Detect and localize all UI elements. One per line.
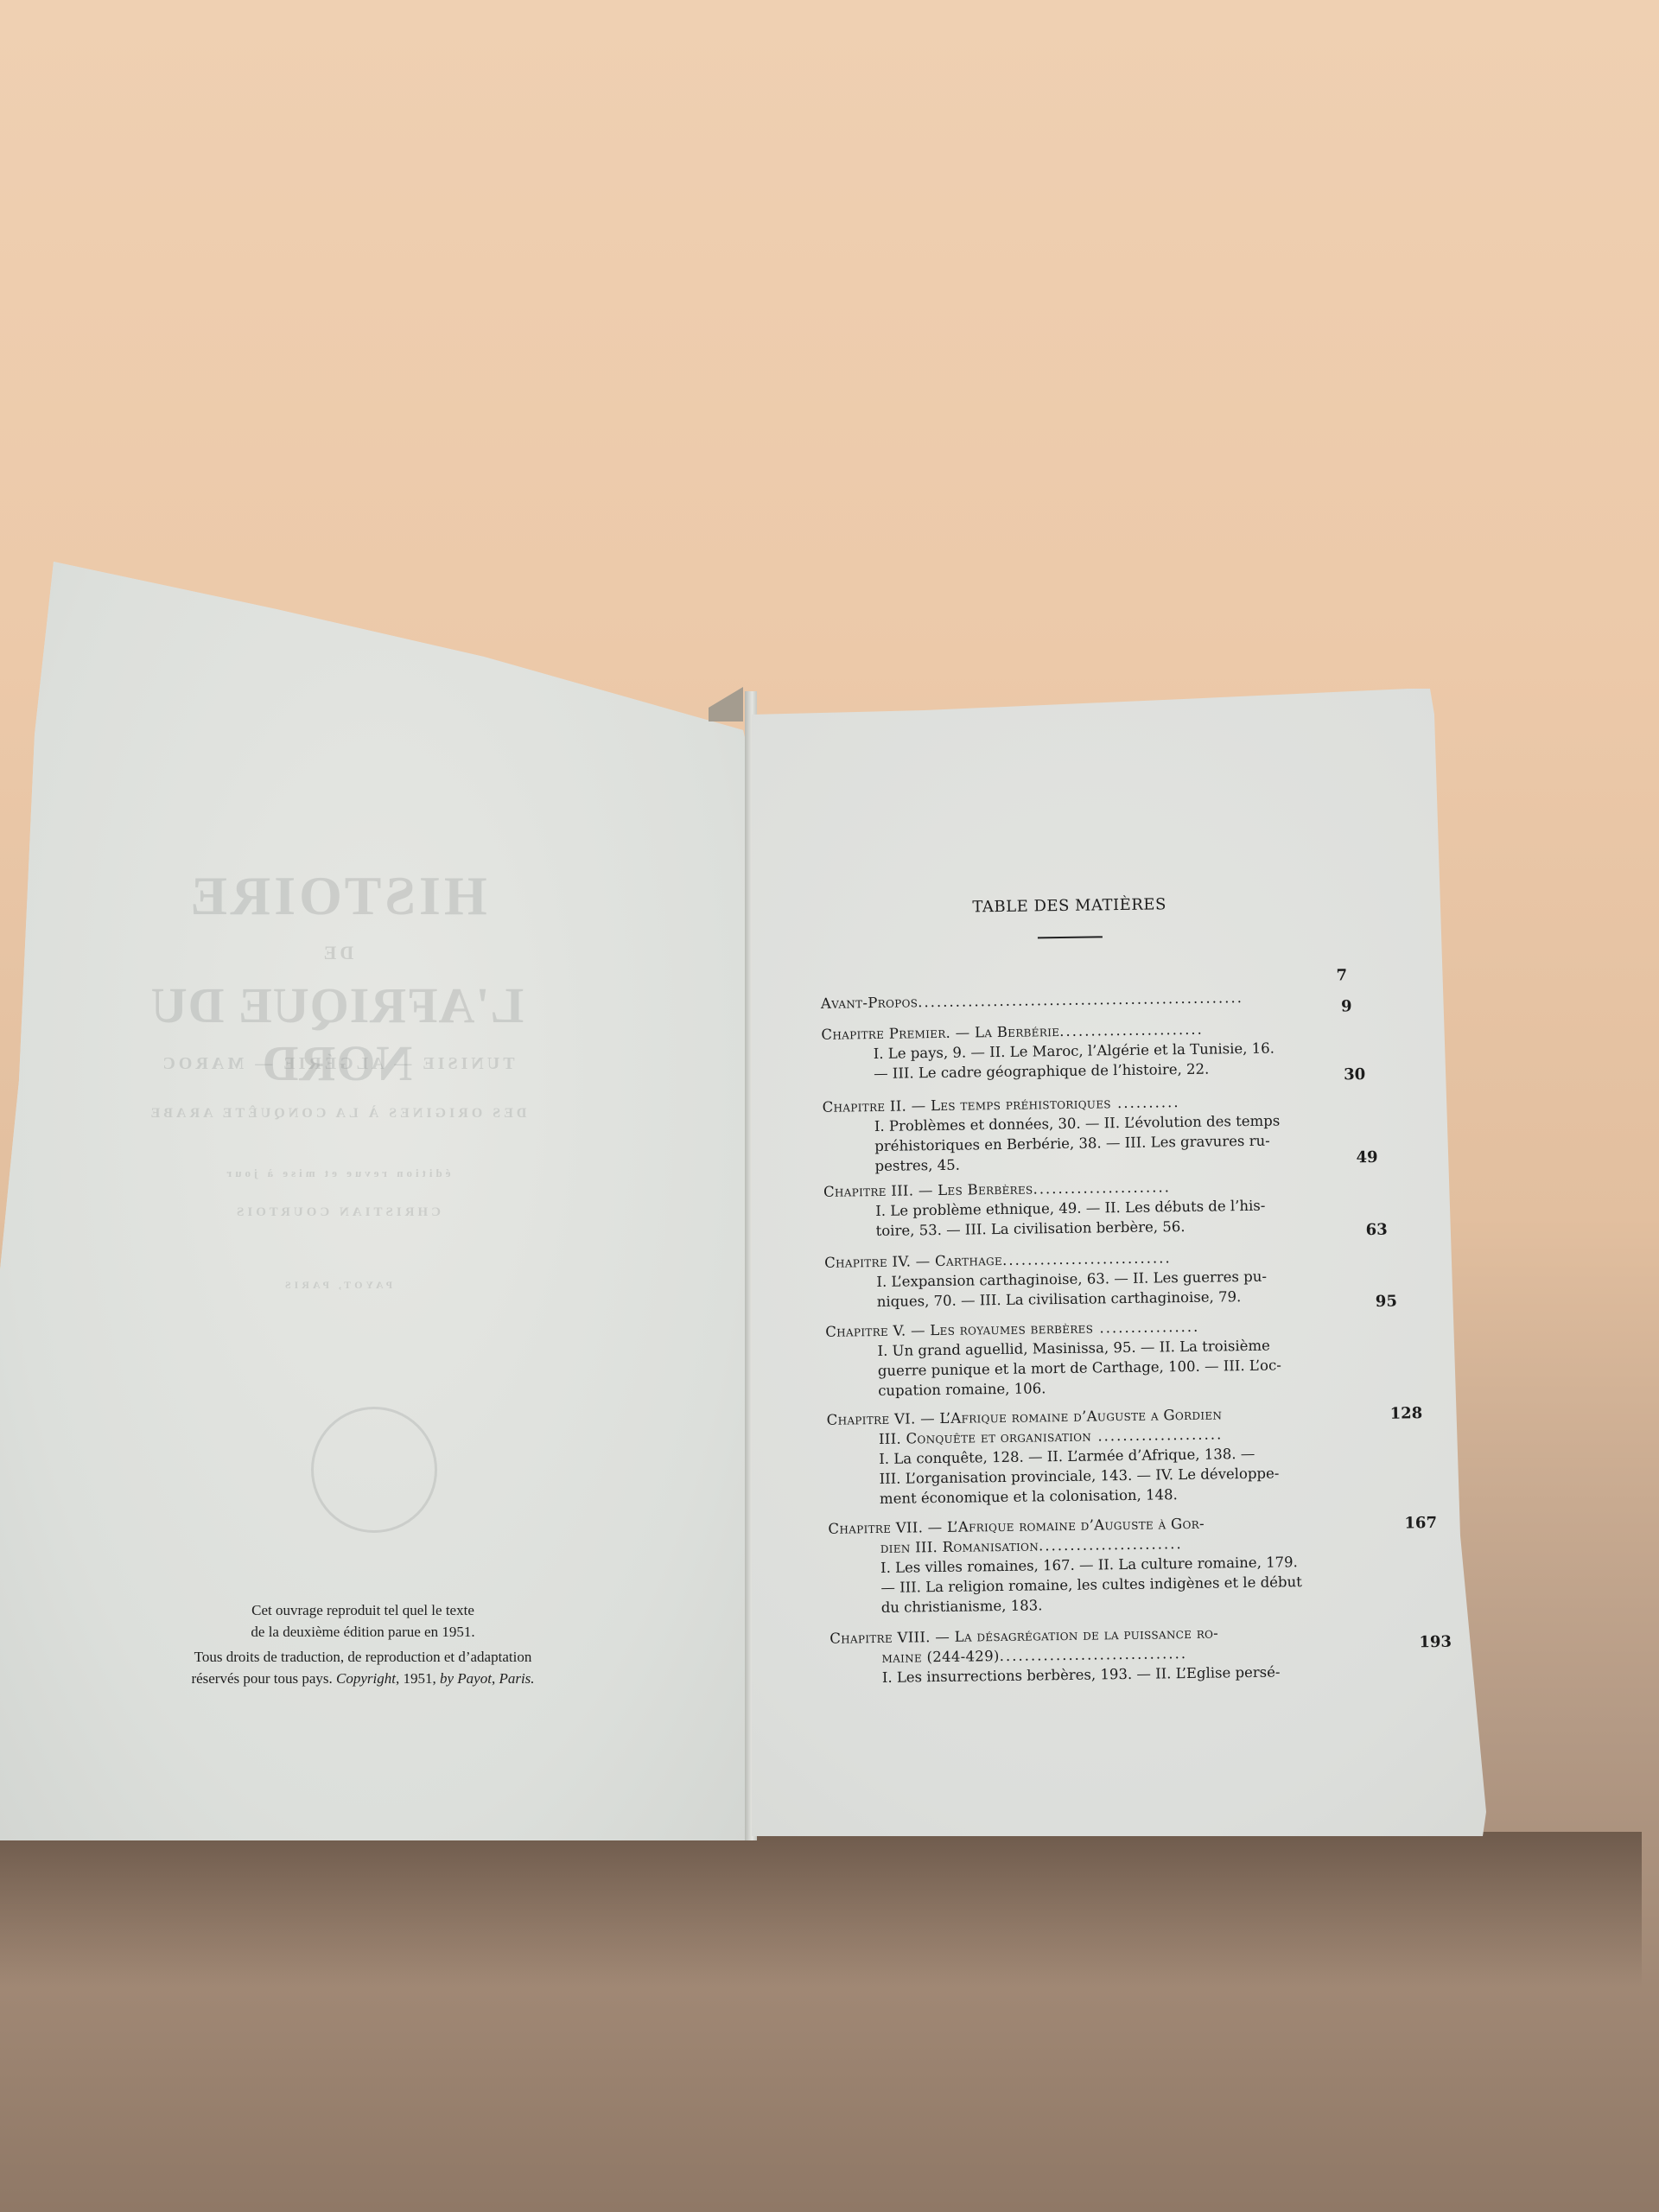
publisher-name: by Payot: [440, 1670, 492, 1687]
toc-entry-chapitre-2[interactable]: Chapitre II. — Les temps préhistoriques …: [822, 1090, 1306, 1177]
bleed-edition-line: édition revue et mise à jour: [69, 1166, 605, 1180]
bleed-title-line: L'AFRIQUE DU NORD: [69, 976, 605, 1092]
page-number: 63: [1366, 1221, 1388, 1239]
leader-dots: .......................: [1059, 1021, 1204, 1039]
entry-heading-continued: maine (244-429): [881, 1648, 999, 1666]
toc-entry-chapitre-4[interactable]: Chapitre IV. — Carthage.................…: [824, 1246, 1309, 1313]
toc-entry-chapitre-6[interactable]: Chapitre VI. — L’Afrique romaine d’Augus…: [827, 1403, 1313, 1510]
page-number: 128: [1390, 1404, 1423, 1423]
leader-dots: ......................: [1033, 1179, 1171, 1197]
page-number: 30: [1344, 1065, 1365, 1084]
entry-heading: Chapitre Premier. — La Berbérie: [821, 1023, 1059, 1043]
rights-text: , 1951,: [396, 1670, 440, 1687]
page-number: 7: [1336, 966, 1347, 984]
leader-dots: ...........................: [1002, 1249, 1172, 1268]
entry-heading: Chapitre IV. — Carthage: [824, 1252, 1002, 1271]
bleed-subtitle-line: DES ORIGINES À LA CONQUÊTE ARABE: [69, 1106, 605, 1122]
leader-dots: .......................: [1039, 1535, 1183, 1554]
page-number: 95: [1376, 1293, 1397, 1311]
bleed-title-line: DE: [69, 942, 605, 964]
page-number: 9: [1341, 997, 1352, 1015]
toc-entry-chapitre-5[interactable]: Chapitre V. — Les royaumes berbères ....…: [825, 1315, 1310, 1402]
leader-dots: ................: [1093, 1319, 1199, 1337]
bleed-author-line: CHRISTIAN COURTOIS: [69, 1205, 605, 1220]
publisher-city: Paris.: [499, 1670, 534, 1687]
entry-heading: Chapitre II. — Les temps préhistoriques: [823, 1095, 1111, 1116]
rights-text: réservés pour tous pays.: [191, 1670, 336, 1687]
bleed-title-line: HISTOIRE: [69, 864, 605, 928]
toc-entry-chapitre-8[interactable]: Chapitre VIII. — La désagrégation de la …: [829, 1622, 1314, 1688]
toc-title: TABLE DES MATIÈRES: [972, 895, 1166, 916]
toc-entry-chapitre-3[interactable]: Chapitre III. — Les Berbères............…: [823, 1175, 1308, 1242]
page-number: 49: [1356, 1148, 1377, 1166]
bleed-subtitle-line: TUNISIE — ALGÉRIE — MAROC: [69, 1054, 605, 1074]
page-number: 167: [1404, 1514, 1437, 1533]
rights-note-line: Tous droits de traduction, de reproducti…: [104, 1647, 622, 1668]
book-shadow: [0, 1832, 1642, 1987]
rights-note-line: réservés pour tous pays. Copyright, 1951…: [104, 1669, 622, 1689]
leader-dots: ..........: [1111, 1094, 1180, 1111]
leader-dots: ..............................: [1000, 1645, 1188, 1664]
copyright-word: Copyright: [336, 1670, 396, 1687]
reproduction-note-line: de la deuxième édition parue en 1951.: [104, 1622, 622, 1643]
bleed-publisher-line: PAYOT, PARIS: [69, 1279, 605, 1292]
entry-heading: Chapitre III. — Les Berbères: [823, 1180, 1033, 1199]
entry-heading-continued: III. Conquête et organisation: [879, 1428, 1091, 1447]
leader-dots: ....................: [1091, 1426, 1223, 1444]
entry-heading: Avant-Propos: [821, 994, 918, 1012]
reproduction-note-line: Cet ouvrage reproduit tel quel le texte: [104, 1600, 622, 1621]
entry-heading-continued: dien III. Romanisation: [880, 1537, 1039, 1556]
publisher-emblem-icon: [311, 1407, 437, 1533]
toc-entry-chapitre-7[interactable]: Chapitre VII. — L’Afrique romaine d’Augu…: [828, 1512, 1313, 1618]
entry-heading: Chapitre V. — Les royaumes berbères: [825, 1320, 1093, 1340]
toc-entry-chapitre-1[interactable]: Chapitre Premier. — La Berbérie.........…: [821, 1018, 1306, 1084]
leader-dots: ........................................…: [918, 989, 1243, 1010]
page-number: 193: [1419, 1633, 1452, 1652]
